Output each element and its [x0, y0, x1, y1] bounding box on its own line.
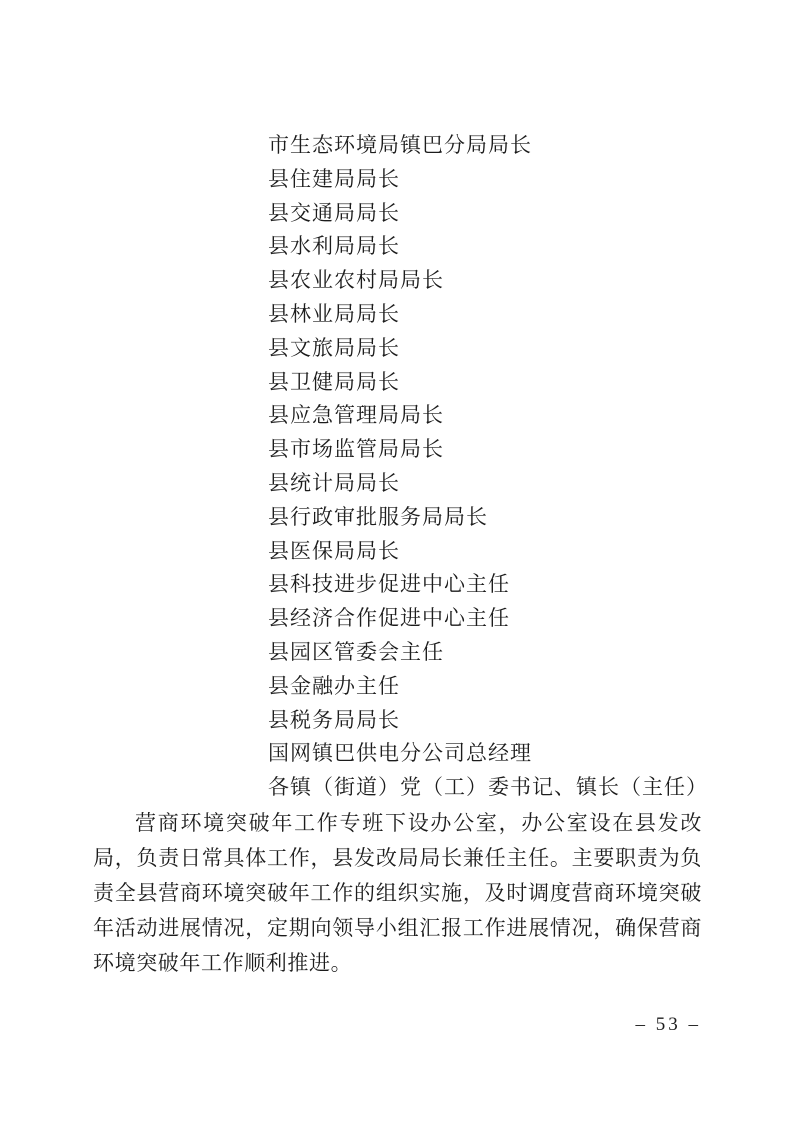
list-item: 县行政审批服务局局长	[268, 501, 753, 535]
list-item: 县经济合作促进中心主任	[268, 602, 753, 636]
office-duties-paragraph: 营商环境突破年工作专班下设办公室，办公室设在县发改局，负责日常具体工作，县发改局…	[93, 806, 702, 981]
list-item: 各镇（街道）党（工）委书记、镇长（主任）	[268, 771, 753, 805]
list-item: 县市场监管局局长	[268, 433, 753, 467]
list-item: 县医保局局长	[268, 535, 753, 569]
list-item: 县卫健局局长	[268, 366, 753, 400]
list-item: 县林业局局长	[268, 298, 753, 332]
list-item: 县应急管理局局长	[268, 399, 753, 433]
list-item: 县水利局局长	[268, 230, 753, 264]
list-item: 县科技进步促进中心主任	[268, 568, 753, 602]
list-item: 县税务局局长	[268, 704, 753, 738]
list-item: 市生态环境局镇巴分局局长	[268, 129, 753, 163]
page-number: – 53 –	[636, 1014, 702, 1036]
list-item: 县农业农村局局长	[268, 264, 753, 298]
list-item: 国网镇巴供电分公司总经理	[268, 737, 753, 771]
list-item: 县住建局局长	[268, 163, 753, 197]
member-roles-list: 市生态环境局镇巴分局局长 县住建局局长 县交通局局长 县水利局局长 县农业农村局…	[268, 129, 753, 805]
list-item: 县交通局局长	[268, 197, 753, 231]
document-page: 市生态环境局镇巴分局局长 县住建局局长 县交通局局长 县水利局局长 县农业农村局…	[0, 0, 793, 1122]
list-item: 县金融办主任	[268, 670, 753, 704]
list-item: 县文旅局局长	[268, 332, 753, 366]
list-item: 县统计局局长	[268, 467, 753, 501]
list-item: 县园区管委会主任	[268, 636, 753, 670]
